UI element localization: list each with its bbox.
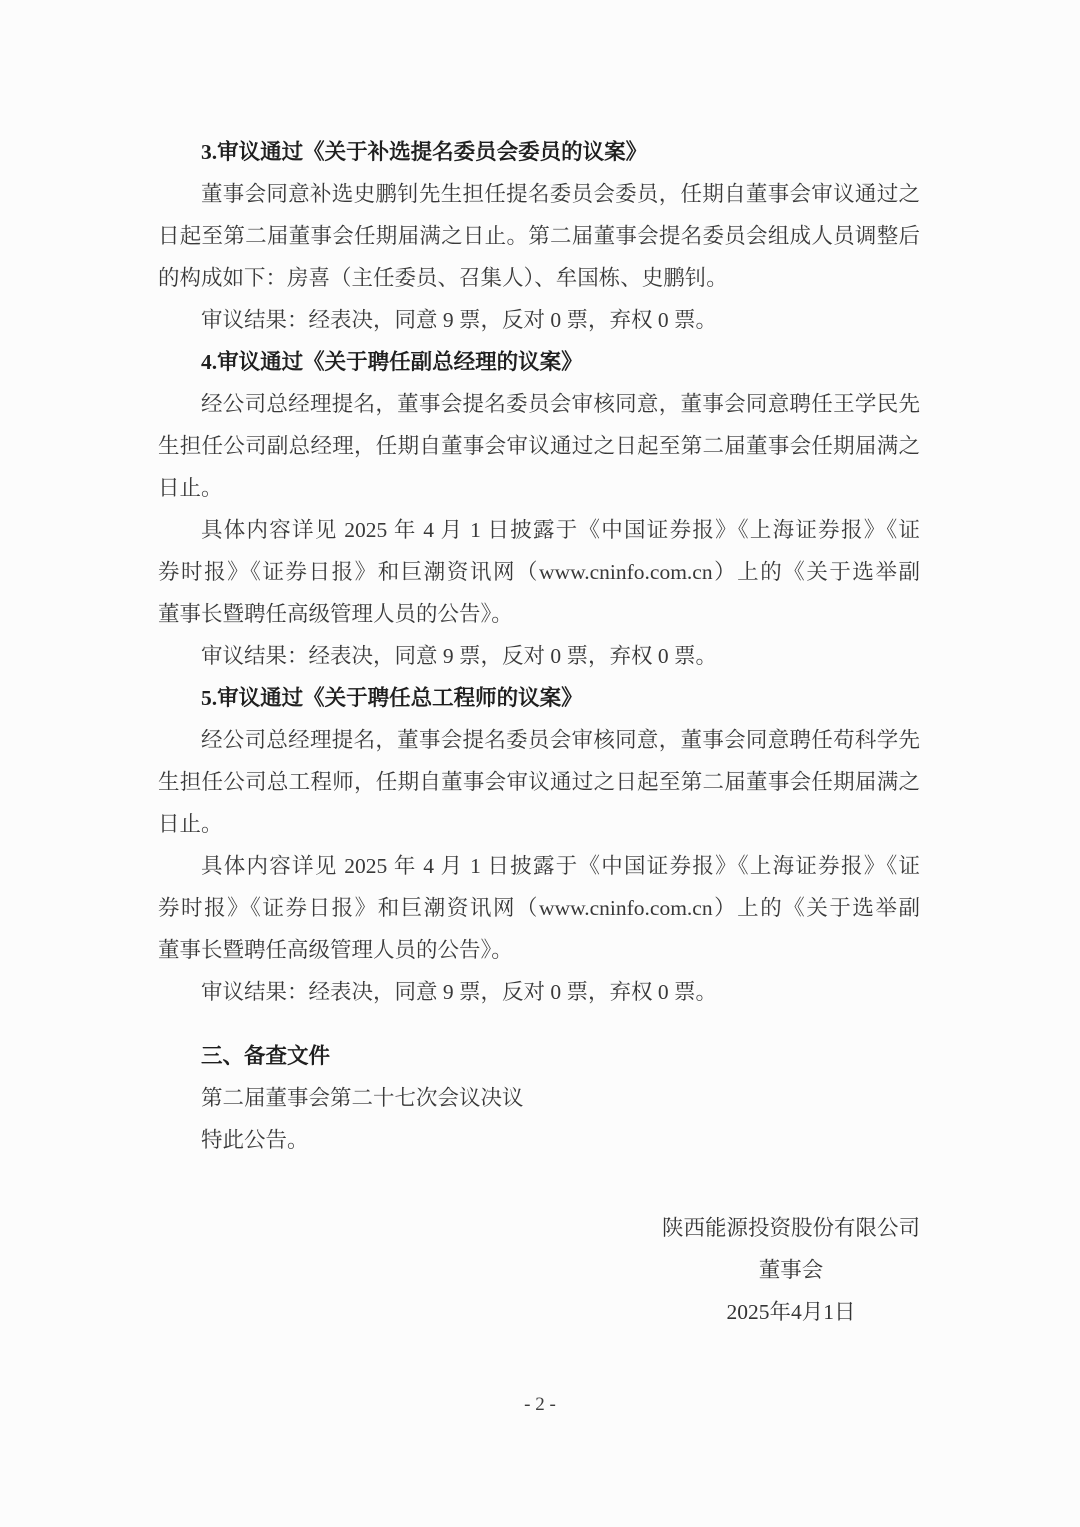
section-4-disclosure-note: 具体内容详见 2025 年 4 月 1 日披露于《中国证券报》《上海证券报》《证… — [158, 509, 920, 635]
document-item: 第二届董事会第二十七次会议决议 — [158, 1077, 920, 1119]
page-number: - 2 - — [0, 1392, 1080, 1418]
paragraph-line: 董事长暨聘任高级管理人员的公告》。 — [158, 593, 920, 635]
paragraph-line: 日止。 — [158, 467, 920, 509]
paragraph-line: 的构成如下：房喜（主任委员、召集人）、牟国栋、史鹏钊。 — [158, 257, 920, 299]
section-3-vote-result: 审议结果：经表决，同意 9 票，反对 0 票，弃权 0 票。 — [158, 299, 920, 341]
signature-date: 2025年4月1日 — [662, 1291, 920, 1333]
signature-board: 董事会 — [662, 1249, 920, 1291]
section-5-paragraph: 经公司总经理提名，董事会提名委员会审核同意，董事会同意聘任苟科学先 生担任公司总… — [158, 719, 920, 845]
vote-result-line: 审议结果：经表决，同意 9 票，反对 0 票，弃权 0 票。 — [158, 299, 920, 341]
section-4-paragraph: 经公司总经理提名，董事会提名委员会审核同意，董事会同意聘任王学民先 生担任公司副… — [158, 383, 920, 509]
vote-result-line: 审议结果：经表决，同意 9 票，反对 0 票，弃权 0 票。 — [158, 971, 920, 1013]
paragraph-line: 生担任公司副总经理，任期自董事会审议通过之日起至第二届董事会任期届满之 — [158, 425, 920, 467]
closing-statement: 特此公告。 — [158, 1119, 920, 1161]
signature-company: 陕西能源投资股份有限公司 — [662, 1207, 920, 1249]
section-4-vote-result: 审议结果：经表决，同意 9 票，反对 0 票，弃权 0 票。 — [158, 635, 920, 677]
section-5-vote-result: 审议结果：经表决，同意 9 票，反对 0 票，弃权 0 票。 — [158, 971, 920, 1013]
paragraph-line: 日起至第二届董事会任期届满之日止。第二届董事会提名委员会组成人员调整后 — [158, 215, 920, 257]
documents-for-inspection-heading: 三、备查文件 — [158, 1035, 920, 1077]
closing-statement-line: 特此公告。 — [158, 1119, 920, 1161]
document-page: 3.审议通过《关于补选提名委员会委员的议案》 董事会同意补选史鹏钊先生担任提名委… — [0, 0, 1080, 1527]
section-5-heading: 5.审议通过《关于聘任总工程师的议案》 — [158, 677, 920, 719]
vote-result-line: 审议结果：经表决，同意 9 票，反对 0 票，弃权 0 票。 — [158, 635, 920, 677]
paragraph-line: 券时报》《证券日报》和巨潮资讯网（www.cninfo.com.cn）上的《关于… — [158, 551, 920, 593]
section-4-heading: 4.审议通过《关于聘任副总经理的议案》 — [158, 341, 920, 383]
signature-block: 陕西能源投资股份有限公司 董事会 2025年4月1日 — [662, 1207, 920, 1333]
paragraph-line: 董事会同意补选史鹏钊先生担任提名委员会委员，任期自董事会审议通过之 — [158, 173, 920, 215]
paragraph-line: 日止。 — [158, 803, 920, 845]
section-3-paragraph: 董事会同意补选史鹏钊先生担任提名委员会委员，任期自董事会审议通过之 日起至第二届… — [158, 173, 920, 299]
paragraph-line: 经公司总经理提名，董事会提名委员会审核同意，董事会同意聘任王学民先 — [158, 383, 920, 425]
paragraph-line: 具体内容详见 2025 年 4 月 1 日披露于《中国证券报》《上海证券报》《证 — [158, 509, 920, 551]
document-item-line: 第二届董事会第二十七次会议决议 — [158, 1077, 920, 1119]
paragraph-line: 董事长暨聘任高级管理人员的公告》。 — [158, 929, 920, 971]
paragraph-line: 生担任公司总工程师，任期自董事会审议通过之日起至第二届董事会任期届满之 — [158, 761, 920, 803]
paragraph-line: 具体内容详见 2025 年 4 月 1 日披露于《中国证券报》《上海证券报》《证 — [158, 845, 920, 887]
paragraph-line: 经公司总经理提名，董事会提名委员会审核同意，董事会同意聘任苟科学先 — [158, 719, 920, 761]
document-body: 3.审议通过《关于补选提名委员会委员的议案》 董事会同意补选史鹏钊先生担任提名委… — [158, 131, 920, 1333]
paragraph-line: 券时报》《证券日报》和巨潮资讯网（www.cninfo.com.cn）上的《关于… — [158, 887, 920, 929]
section-5-disclosure-note: 具体内容详见 2025 年 4 月 1 日披露于《中国证券报》《上海证券报》《证… — [158, 845, 920, 971]
section-3-heading: 3.审议通过《关于补选提名委员会委员的议案》 — [158, 131, 920, 173]
